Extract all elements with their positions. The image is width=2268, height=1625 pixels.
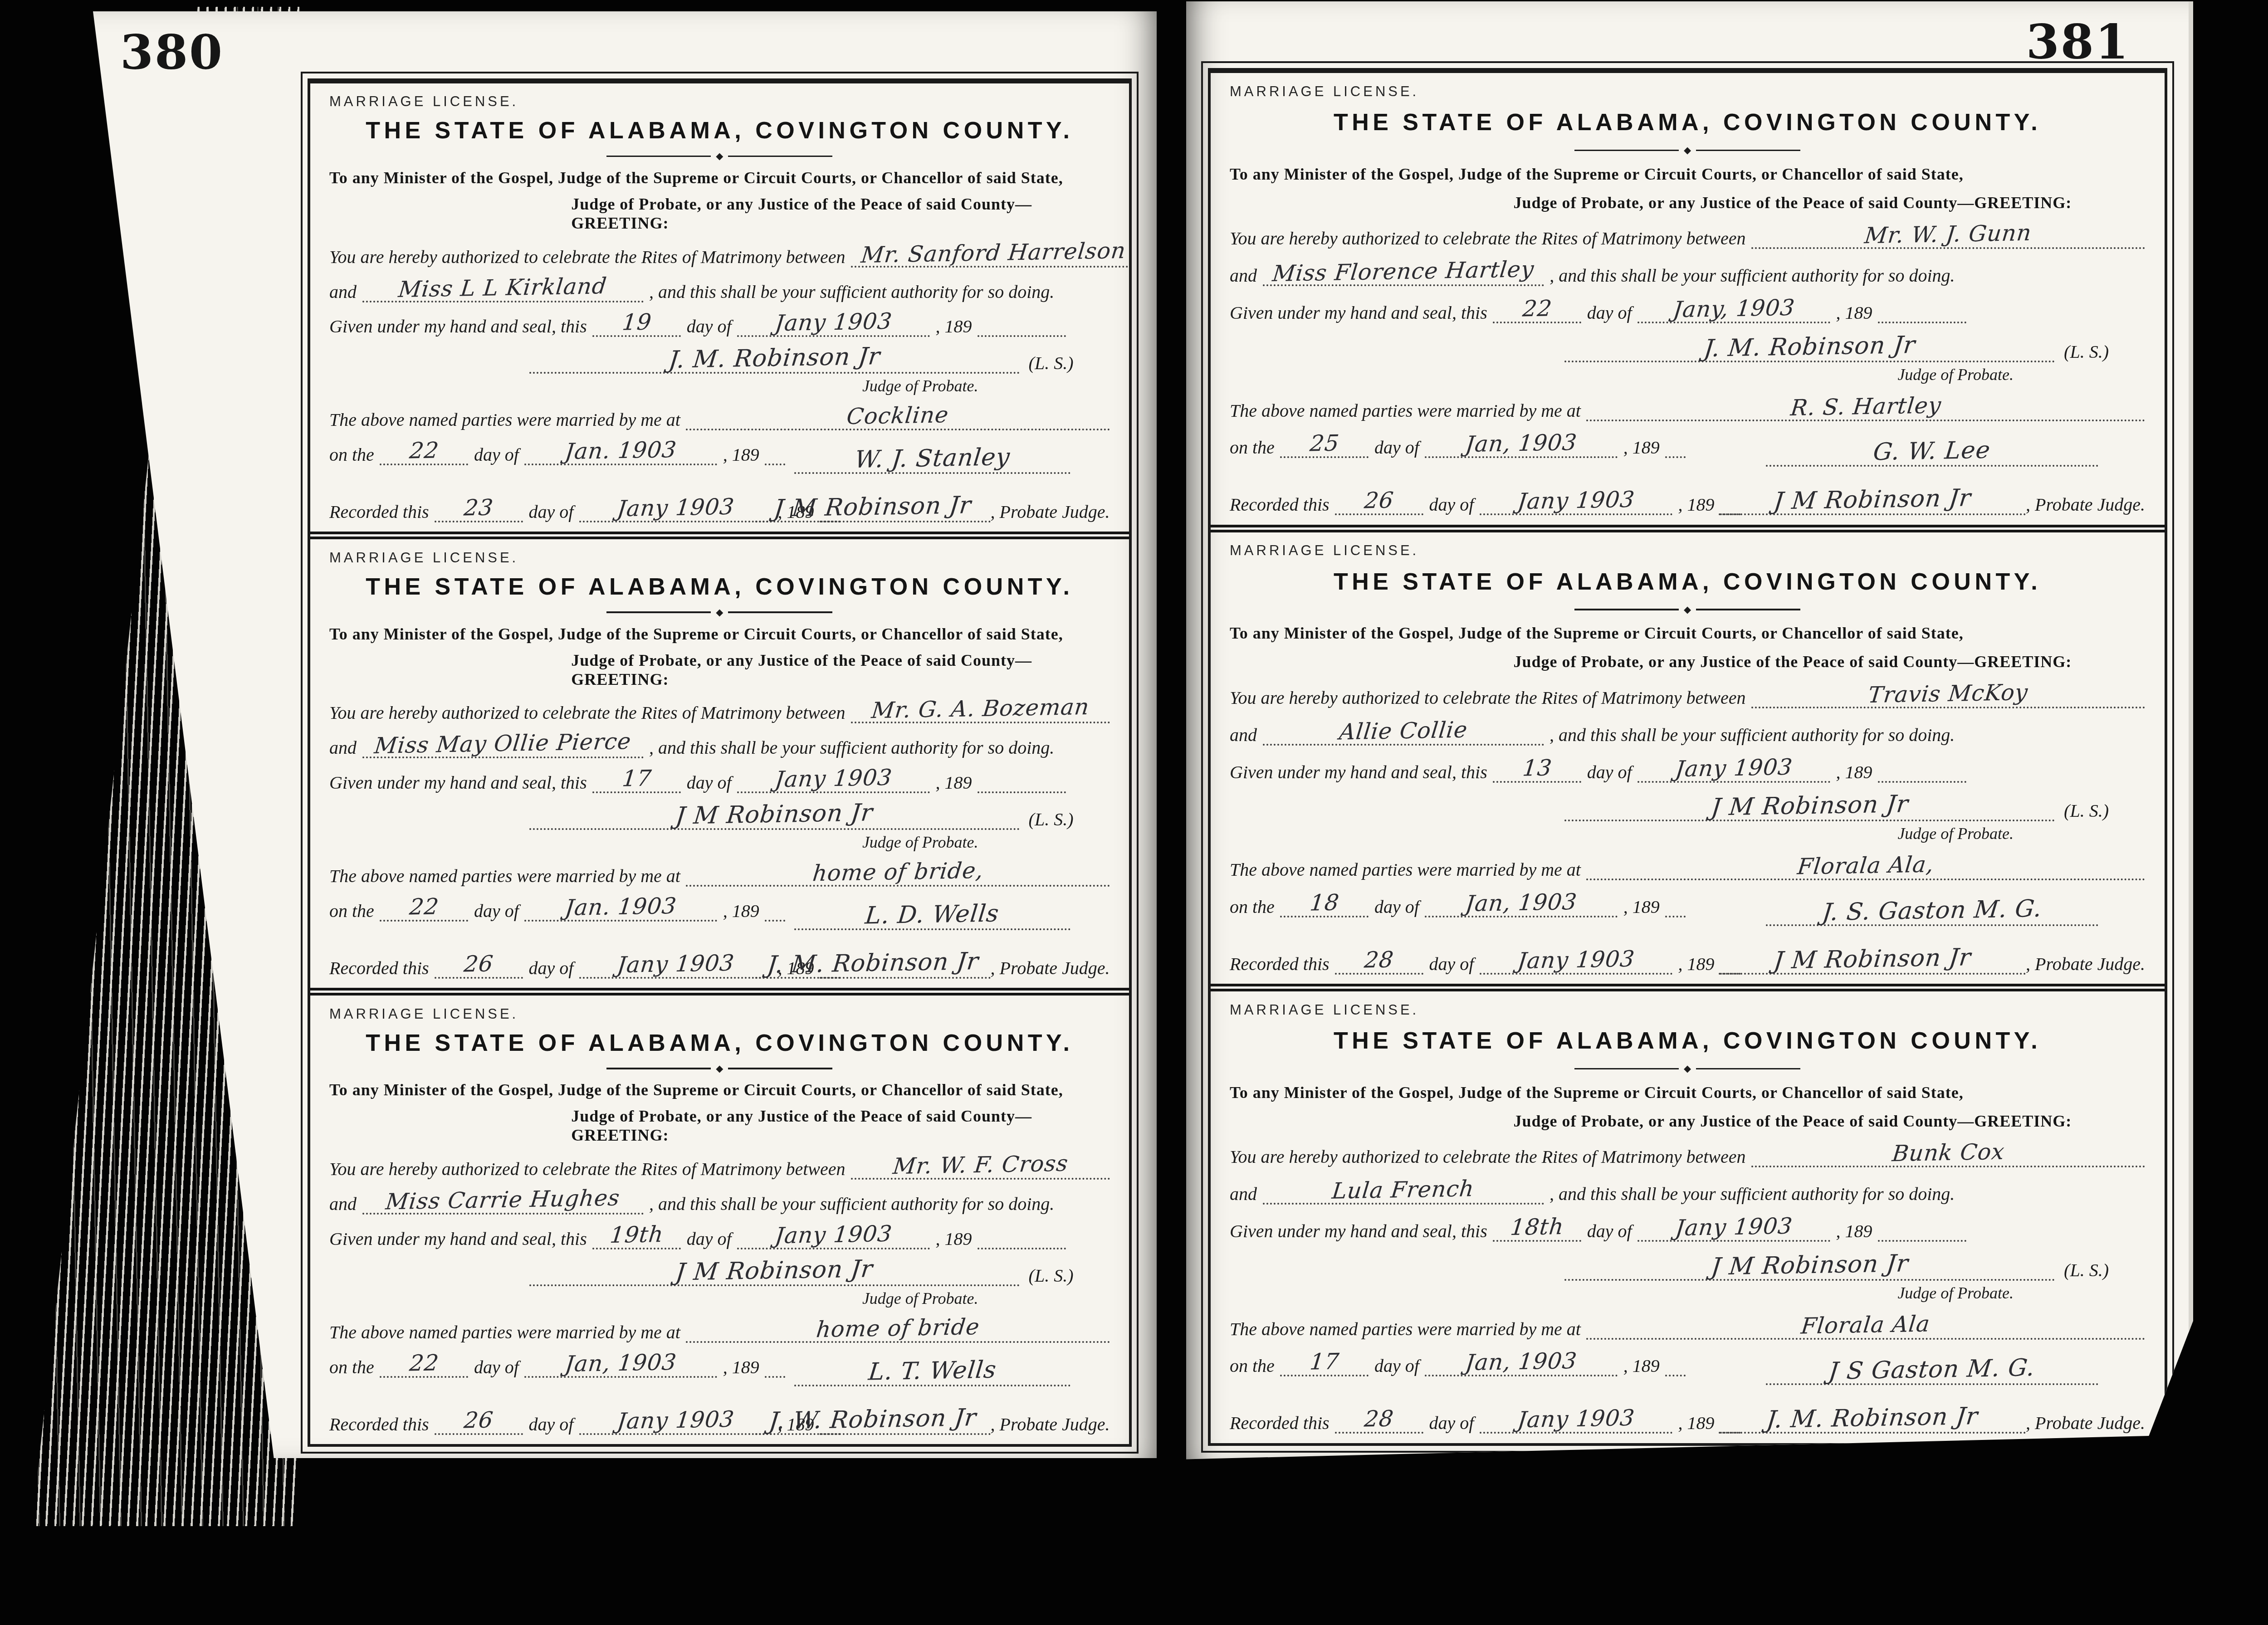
ornament-divider-icon: ◆ (1230, 146, 2145, 155)
minister-signature-line: J S Gaston M. G. (1766, 1356, 2098, 1385)
minister-signature-handwriting: L. T. Wells (867, 1356, 997, 1386)
authority-text: , and this shall be your sufficient auth… (1549, 724, 1955, 746)
given-day-handwriting: 17 (621, 766, 652, 792)
year-blank-line (1878, 1219, 1966, 1242)
married-at-row: The above named parties were married by … (329, 859, 1110, 887)
probate-judge-label: , Probate Judge. (991, 1414, 1110, 1435)
married-place-line: home of bride, (686, 859, 1110, 887)
marriage-license-form: MARRIAGE LICENSE. THE STATE OF ALABAMA, … (1211, 73, 2165, 525)
married-at-text: The above named parties were married by … (1230, 400, 1581, 421)
authorize-text: You are hereby authorized to celebrate t… (329, 702, 846, 723)
bride-name-handwriting: Miss May Ollie Pierce (373, 728, 633, 759)
married-month-handwriting: Jan. 1903 (564, 437, 678, 464)
year-stub-label: , 189 (936, 772, 972, 793)
day-of-label: day of (687, 1228, 732, 1249)
judge-signature-line: J. M. Robinson Jr (529, 344, 1020, 374)
address-line: To any Minister of the Gospel, Judge of … (329, 625, 1110, 644)
day-of-label: day of (474, 900, 519, 922)
recorded-day-line: 26 (435, 1407, 523, 1435)
day-of-label: day of (1587, 1220, 1632, 1242)
given-row: Given under my hand and seal, this 13 da… (1230, 755, 2145, 783)
ornament-line (1574, 609, 1679, 610)
authorize-row: You are hereby authorized to celebrate t… (329, 1152, 1110, 1180)
married-month-handwriting: Jan, 1903 (1464, 429, 1579, 457)
ornament-line (728, 1068, 832, 1069)
probate-signature-line: J M Robinson Jr (755, 493, 991, 522)
recorded-row: Recorded this 26 day of Jany 1903 , 189 (329, 1407, 696, 1435)
bottom-columns: on the 17 day of Jan, 1903 , 189 Recorde… (1230, 1349, 2145, 1434)
greeting-line: Judge of Probate, or any Justice of the … (1230, 652, 2145, 671)
given-row: Given under my hand and seal, this 19 da… (329, 309, 1110, 337)
groom-name-handwriting: Bunk Cox (1891, 1139, 2006, 1166)
recorded-text: Recorded this (329, 1414, 429, 1435)
bottom-columns: on the 22 day of Jan. 1903 , 189 Recorde… (329, 438, 1110, 522)
authorize-row: You are hereby authorized to celebrate t… (1230, 221, 2145, 249)
authorize-text: You are hereby authorized to celebrate t… (1230, 228, 1746, 249)
bottom-columns: on the 22 day of Jan. 1903 , 189 Recorde… (329, 894, 1110, 979)
married-date-row: on the 22 day of Jan. 1903 , 189 (329, 438, 696, 465)
bride-name-handwriting: Miss L L Kirkland (397, 273, 608, 303)
year-stub-label: , 189 (936, 316, 972, 337)
ls-seal-label: (L. S.) (2064, 800, 2109, 821)
minister-signature-line: G. W. Lee (1766, 437, 2098, 467)
probate-judge-label: , Probate Judge. (2026, 1412, 2145, 1434)
recorded-row: Recorded this 23 day of Jany 1903 , 189 (329, 495, 696, 522)
recorded-row: Recorded this 26 day of Jany 1903 , 189 (1230, 488, 1660, 515)
married-place-line: home of bride (686, 1315, 1110, 1343)
recorded-month-handwriting: Jany 1903 (1516, 946, 1636, 974)
probate-signature-row: J. W. Robinson Jr , Probate Judge. (755, 1405, 1110, 1435)
minister-signature-line: J. S. Gaston M. G. (1766, 897, 2098, 926)
given-row: Given under my hand and seal, this 22 da… (1230, 296, 2145, 323)
married-month-handwriting: Jan, 1903 (1464, 889, 1579, 917)
judge-signature-row: J M Robinson Jr (L. S.) (1564, 1251, 2109, 1281)
authorize-text: You are hereby authorized to celebrate t… (329, 246, 846, 268)
form-heading: THE STATE OF ALABAMA, COVINGTON COUNTY. (1230, 109, 2145, 136)
ornament-line (1696, 1068, 1800, 1070)
day-of-label: day of (1429, 1412, 1474, 1434)
year-blank-line (1878, 759, 1966, 783)
married-date-row: on the 22 day of Jan, 1903 , 189 (329, 1350, 696, 1378)
authorize-text: You are hereby authorized to celebrate t… (1230, 687, 1746, 708)
ls-seal-label: (L. S.) (1029, 809, 1074, 830)
ornament-line (1574, 1068, 1679, 1070)
minister-signature-handwriting: J. S. Gaston M. G. (1821, 895, 2043, 926)
ornament-divider-icon: ◆ (329, 1064, 1110, 1074)
recorded-month-handwriting: Jany 1903 (616, 950, 736, 978)
address-line: To any Minister of the Gospel, Judge of … (1230, 1083, 2145, 1102)
page-381-form-frame: MARRIAGE LICENSE. THE STATE OF ALABAMA, … (1208, 68, 2167, 1446)
day-of-label: day of (529, 1414, 574, 1435)
given-month-handwriting: Jany 1903 (774, 308, 894, 336)
judge-signature-handwriting: J. M. Robinson Jr (667, 342, 881, 374)
minister-signature-handwriting: J S Gaston M. G. (1828, 1354, 2037, 1386)
judge-signature-block: J. M. Robinson Jr (L. S.) Judge of Proba… (1230, 333, 2145, 384)
minister-signature-row: L. T. Wells (794, 1357, 1071, 1386)
married-month-line: Jan, 1903 (1425, 1349, 1618, 1376)
judge-signature-row: J. M. Robinson Jr (L. S.) (529, 344, 1074, 374)
ls-seal-label: (L. S.) (2064, 1259, 2109, 1281)
ornament-divider-icon: ◆ (329, 151, 1110, 161)
married-at-row: The above named parties were married by … (329, 1315, 1110, 1343)
groom-name-handwriting: Mr. W. F. Cross (891, 1151, 1069, 1180)
probate-signature-row: J M Robinson Jr , Probate Judge. (1719, 486, 2145, 515)
probate-signature-line: J M Robinson Jr (1719, 945, 2026, 975)
married-at-row: The above named parties were married by … (1230, 853, 2145, 880)
probate-signature-row: J. M. Robinson Jr , Probate Judge. (755, 949, 1110, 979)
day-of-label: day of (1429, 494, 1474, 515)
married-month-line: Jan, 1903 (1425, 890, 1618, 917)
ornament-divider-icon: ◆ (1230, 1064, 2145, 1074)
greeting-line: Judge of Probate, or any Justice of the … (1230, 1112, 2145, 1131)
married-at-text: The above named parties were married by … (1230, 859, 1581, 880)
form-type-label: MARRIAGE LICENSE. (329, 93, 1110, 110)
recorded-day-line: 28 (1335, 1406, 1423, 1434)
recorded-month-handwriting: Jany 1903 (616, 1406, 736, 1434)
recorded-text: Recorded this (329, 501, 429, 522)
address-line: To any Minister of the Gospel, Judge of … (1230, 624, 2145, 643)
probate-signature-line: J. W. Robinson Jr (755, 1405, 991, 1435)
ornament-line (606, 611, 711, 613)
judge-signature-block: J M Robinson Jr (L. S.) Judge of Probate… (1230, 792, 2145, 843)
minister-signature-row: G. W. Lee (1766, 437, 2098, 467)
probate-judge-label: , Probate Judge. (2026, 494, 2145, 515)
probate-signature-row: J. M. Robinson Jr , Probate Judge. (1719, 1404, 2145, 1434)
greeting-line: Judge of Probate, or any Justice of the … (329, 651, 1110, 689)
groom-name-handwriting: Travis McKoy (1867, 679, 2029, 708)
probate-signature-line: J. M. Robinson Jr (755, 949, 991, 979)
judge-signature-block: J M Robinson Jr (L. S.) Judge of Probate… (1230, 1251, 2145, 1303)
married-place-handwriting: home of bride (815, 1314, 981, 1342)
married-place-line: Florala Ala, (1586, 853, 2145, 880)
given-text: Given under my hand and seal, this (329, 316, 587, 337)
recorded-month-line: Jany 1903 (1480, 488, 1672, 515)
married-place-line: Florala Ala (1586, 1312, 2145, 1340)
diamond-icon: ◆ (716, 151, 723, 161)
married-day-handwriting: 25 (1309, 430, 1340, 457)
form-heading: THE STATE OF ALABAMA, COVINGTON COUNTY. (1230, 1027, 2145, 1054)
probate-judge-signature-handwriting: J M Robinson Jr (1772, 484, 1972, 516)
probate-signature-line: J M Robinson Jr (1719, 486, 2026, 515)
bottom-columns: on the 18 day of Jan, 1903 , 189 Recorde… (1230, 890, 2145, 975)
married-place-handwriting: R. S. Hartley (1789, 392, 1942, 421)
ornament-divider-icon: ◆ (1230, 605, 2145, 615)
judge-of-probate-label: Judge of Probate. (1564, 365, 2109, 384)
given-day-line: 22 (1493, 296, 1581, 323)
marriage-license-form: MARRIAGE LICENSE. THE STATE OF ALABAMA, … (1211, 984, 2165, 1443)
married-at-row: The above named parties were married by … (329, 403, 1110, 430)
given-day-line: 18th (1493, 1214, 1581, 1242)
married-place-line: R. S. Hartley (1586, 394, 2145, 421)
ornament-line (1574, 150, 1679, 151)
ornament-divider-icon: ◆ (329, 608, 1110, 617)
recorded-day-handwriting: 26 (1363, 488, 1395, 514)
and-label: and (1230, 724, 1257, 746)
married-at-row: The above named parties were married by … (1230, 1312, 2145, 1340)
given-month-handwriting: Jany, 1903 (1672, 295, 1796, 323)
groom-name-line: Travis McKoy (1751, 681, 2145, 708)
given-text: Given under my hand and seal, this (1230, 1220, 1487, 1242)
recorded-day-line: 26 (1335, 488, 1423, 515)
judge-signature-line: J M Robinson Jr (529, 800, 1020, 830)
recorded-month-handwriting: Jany 1903 (1516, 1405, 1636, 1433)
given-month-handwriting: Jany 1903 (774, 1221, 894, 1249)
probate-judge-label: , Probate Judge. (2026, 953, 2145, 975)
groom-name-handwriting: Mr. W. J. Gunn (1863, 220, 2033, 249)
groom-name-line: Mr. W. F. Cross (851, 1152, 1110, 1180)
judge-signature-line: J M Robinson Jr (1564, 1251, 2055, 1281)
groom-name-handwriting: Mr. G. A. Bozeman (870, 694, 1090, 723)
judge-signature-handwriting: J M Robinson Jr (675, 1255, 875, 1286)
recorded-month-handwriting: Jany 1903 (1516, 487, 1636, 514)
married-month-handwriting: Jan, 1903 (1464, 1348, 1579, 1376)
probate-signature-row: J M Robinson Jr , Probate Judge. (1719, 945, 2145, 975)
judge-signature-row: J M Robinson Jr (L. S.) (529, 1257, 1074, 1286)
married-day-line: 25 (1280, 430, 1369, 458)
judge-signature-block: J. M. Robinson Jr (L. S.) Judge of Proba… (329, 344, 1110, 395)
married-month-line: Jan, 1903 (1425, 430, 1618, 458)
diamond-icon: ◆ (716, 1064, 723, 1074)
day-of-label: day of (1587, 302, 1632, 323)
marriage-license-form: MARRIAGE LICENSE. THE STATE OF ALABAMA, … (310, 532, 1129, 988)
married-day-handwriting: 22 (408, 438, 440, 464)
married-at-text: The above named parties were married by … (329, 409, 680, 430)
given-row: Given under my hand and seal, this 19th … (329, 1222, 1110, 1249)
groom-name-line: Bunk Cox (1751, 1140, 2145, 1167)
recorded-row: Recorded this 26 day of Jany 1903 , 189 (329, 951, 696, 979)
judge-signature-handwriting: J M Robinson Jr (1710, 1249, 1910, 1281)
judge-signature-block: J M Robinson Jr (L. S.) Judge of Probate… (329, 800, 1110, 852)
married-month-line: Jan. 1903 (524, 894, 717, 922)
year-stub-label: , 189 (1836, 302, 1872, 323)
bride-row: and Miss Florence Hartley , and this sha… (1230, 259, 2145, 286)
and-label: and (1230, 1183, 1257, 1205)
recorded-day-handwriting: 26 (463, 1407, 494, 1433)
groom-name-line: Mr. W. J. Gunn (1751, 221, 2145, 249)
recorded-day-line: 23 (435, 495, 523, 522)
given-day-handwriting: 19th (609, 1221, 665, 1248)
day-of-label: day of (1374, 437, 1419, 458)
year-blank-line (978, 314, 1066, 337)
married-at-text: The above named parties were married by … (329, 865, 680, 887)
authority-text: , and this shall be your sufficient auth… (649, 281, 1054, 303)
married-date-row: on the 25 day of Jan, 1903 , 189 (1230, 430, 1660, 458)
judge-of-probate-label: Judge of Probate. (1564, 1283, 2109, 1303)
marriage-license-form: MARRIAGE LICENSE. THE STATE OF ALABAMA, … (310, 988, 1129, 1444)
form-type-label: MARRIAGE LICENSE. (1230, 542, 2145, 559)
authorize-text: You are hereby authorized to celebrate t… (1230, 1146, 1746, 1167)
given-day-handwriting: 13 (1521, 755, 1553, 781)
judge-signature-line: J. M. Robinson Jr (1564, 333, 2055, 362)
married-day-line: 18 (1280, 890, 1369, 917)
given-row: Given under my hand and seal, this 18th … (1230, 1214, 2145, 1242)
given-month-line: Jany 1903 (737, 1222, 930, 1249)
bride-name-line: Miss May Ollie Pierce (362, 731, 644, 758)
married-date-row: on the 17 day of Jan, 1903 , 189 (1230, 1349, 1660, 1376)
married-at-row: The above named parties were married by … (1230, 394, 2145, 421)
probate-signature-line: J. M. Robinson Jr (1719, 1404, 2026, 1434)
married-at-text: The above named parties were married by … (329, 1322, 680, 1343)
authorize-row: You are hereby authorized to celebrate t… (329, 696, 1110, 723)
minister-signature-handwriting: G. W. Lee (1872, 436, 1992, 466)
and-label: and (1230, 265, 1257, 286)
day-of-label: day of (1587, 761, 1632, 783)
greeting-line: Judge of Probate, or any Justice of the … (329, 1107, 1110, 1145)
given-month-handwriting: Jany 1903 (1674, 1213, 1794, 1241)
recorded-text: Recorded this (1230, 494, 1330, 515)
day-of-label: day of (687, 772, 732, 793)
page-number-right: 381 (2026, 14, 2130, 70)
probate-judge-label: , Probate Judge. (991, 501, 1110, 522)
form-heading: THE STATE OF ALABAMA, COVINGTON COUNTY. (329, 573, 1110, 600)
on-the-label: on the (1230, 1355, 1275, 1376)
married-at-text: The above named parties were married by … (1230, 1318, 1581, 1340)
probate-judge-signature-handwriting: J. M. Robinson Jr (1765, 1402, 1980, 1434)
page-380: 380 MARRIAGE LICENSE. THE STATE OF ALABA… (93, 11, 1157, 1458)
bottom-columns: on the 25 day of Jan, 1903 , 189 Recorde… (1230, 430, 2145, 515)
bride-row: and Miss L L Kirkland , and this shall b… (329, 275, 1110, 303)
bride-name-handwriting: Miss Florence Hartley (1271, 256, 1535, 287)
page-number-left: 380 (120, 24, 224, 80)
minister-signature-row: W. J. Stanley (794, 444, 1071, 474)
form-heading: THE STATE OF ALABAMA, COVINGTON COUNTY. (329, 1030, 1110, 1057)
judge-of-probate-label: Judge of Probate. (529, 376, 1074, 395)
greeting-line: Judge of Probate, or any Justice of the … (1230, 193, 2145, 212)
given-month-line: Jany 1903 (1637, 755, 1830, 783)
day-of-label: day of (1374, 896, 1419, 917)
authority-text: , and this shall be your sufficient auth… (649, 737, 1054, 758)
recorded-row: Recorded this 28 day of Jany 1903 , 189 (1230, 947, 1660, 975)
judge-signature-handwriting: J. M. Robinson Jr (1702, 331, 1916, 362)
form-type-label: MARRIAGE LICENSE. (329, 550, 1110, 566)
recorded-row: Recorded this 28 day of Jany 1903 , 189 (1230, 1406, 1660, 1434)
married-place-line: Cockline (686, 403, 1110, 430)
day-of-label: day of (1374, 1355, 1419, 1376)
judge-signature-handwriting: J M Robinson Jr (1710, 791, 1910, 822)
page-380-form-frame: MARRIAGE LICENSE. THE STATE OF ALABAMA, … (308, 78, 1132, 1447)
probate-judge-label: , Probate Judge. (991, 957, 1110, 979)
given-day-line: 13 (1493, 755, 1581, 783)
married-place-handwriting: Cockline (846, 402, 950, 429)
probate-signature-row: J M Robinson Jr , Probate Judge. (755, 493, 1110, 522)
groom-name-handwriting: Mr. Sanford Harrelson (860, 238, 1127, 268)
groom-name-line: Mr. G. A. Bozeman (851, 696, 1110, 723)
minister-signature-handwriting: L. D. Wells (864, 899, 1001, 929)
married-place-handwriting: home of bride, (811, 858, 984, 887)
and-label: and (329, 737, 357, 758)
recorded-text: Recorded this (1230, 1412, 1330, 1434)
authorize-text: You are hereby authorized to celebrate t… (329, 1158, 846, 1180)
authorize-row: You are hereby authorized to celebrate t… (329, 240, 1110, 268)
marriage-license-form: MARRIAGE LICENSE. THE STATE OF ALABAMA, … (1211, 525, 2165, 984)
year-stub-label: , 189 (1623, 1355, 1660, 1376)
year-blank-line (1878, 300, 1966, 324)
probate-judge-signature-handwriting: J M Robinson Jr (1772, 943, 1972, 975)
greeting-line: Judge of Probate, or any Justice of the … (329, 195, 1110, 233)
judge-of-probate-label: Judge of Probate. (529, 1289, 1074, 1308)
and-label: and (329, 1193, 357, 1215)
married-day-handwriting: 17 (1309, 1349, 1340, 1375)
register-book-scan: 380 MARRIAGE LICENSE. THE STATE OF ALABA… (0, 0, 2268, 1552)
bride-name-line: Allie Collie (1263, 718, 1544, 746)
given-text: Given under my hand and seal, this (329, 772, 587, 793)
page-381: 381 MARRIAGE LICENSE. THE STATE OF ALABA… (1186, 1, 2193, 1459)
married-month-line: Jan, 1903 (524, 1350, 717, 1378)
form-heading: THE STATE OF ALABAMA, COVINGTON COUNTY. (1230, 568, 2145, 595)
form-heading: THE STATE OF ALABAMA, COVINGTON COUNTY. (329, 117, 1110, 144)
recorded-month-line: Jany 1903 (1480, 947, 1672, 975)
given-text: Given under my hand and seal, this (1230, 302, 1487, 323)
minister-signature-line: W. J. Stanley (794, 444, 1071, 474)
recorded-month-handwriting: Jany 1903 (616, 494, 736, 522)
minister-signature-row: J. S. Gaston M. G. (1766, 897, 2098, 926)
probate-judge-signature-handwriting: J M Robinson Jr (773, 491, 973, 522)
year-stub-label: , 189 (1836, 1220, 1872, 1242)
recorded-day-line: 26 (435, 951, 523, 979)
on-the-label: on the (329, 900, 374, 922)
recorded-day-handwriting: 28 (1363, 947, 1395, 973)
ornament-line (1696, 609, 1800, 610)
married-day-handwriting: 22 (408, 893, 440, 920)
day-of-label: day of (529, 957, 574, 979)
address-line: To any Minister of the Gospel, Judge of … (1230, 165, 2145, 184)
on-the-label: on the (329, 444, 374, 465)
recorded-text: Recorded this (1230, 953, 1330, 975)
probate-judge-signature-handwriting: J. M. Robinson Jr (766, 947, 980, 979)
year-stub-label: , 189 (1623, 437, 1660, 458)
on-the-label: on the (1230, 896, 1275, 917)
given-month-line: Jany, 1903 (1637, 296, 1830, 323)
given-day-handwriting: 19 (621, 309, 652, 336)
judge-signature-block: J M Robinson Jr (L. S.) Judge of Probate… (329, 1257, 1110, 1308)
minister-signature-handwriting: W. J. Stanley (853, 443, 1011, 473)
married-day-line: 17 (1280, 1349, 1369, 1376)
recorded-text: Recorded this (329, 957, 429, 979)
married-day-line: 22 (380, 438, 468, 465)
bride-name-line: Miss Carrie Hughes (362, 1187, 644, 1215)
given-month-line: Jany 1903 (1637, 1214, 1830, 1242)
recorded-day-line: 28 (1335, 947, 1423, 975)
minister-signature-row: J S Gaston M. G. (1766, 1356, 2098, 1385)
marriage-license-form: MARRIAGE LICENSE. THE STATE OF ALABAMA, … (310, 83, 1129, 532)
ornament-line (728, 611, 832, 613)
minister-signature-line: L. T. Wells (794, 1357, 1071, 1386)
on-the-label: on the (329, 1357, 374, 1378)
ls-seal-label: (L. S.) (1029, 1265, 1074, 1286)
diamond-icon: ◆ (1684, 605, 1691, 615)
on-the-label: on the (1230, 437, 1275, 458)
bride-name-line: Miss L L Kirkland (362, 275, 644, 303)
form-type-label: MARRIAGE LICENSE. (1230, 83, 2145, 100)
form-type-label: MARRIAGE LICENSE. (1230, 1002, 2145, 1018)
diamond-icon: ◆ (1684, 1064, 1691, 1074)
ornament-line (728, 156, 832, 157)
ornament-line (606, 156, 711, 157)
year-stub-label: , 189 (1836, 761, 1872, 783)
day-of-label: day of (687, 316, 732, 337)
address-line: To any Minister of the Gospel, Judge of … (329, 168, 1110, 187)
married-date-row: on the 18 day of Jan, 1903 , 189 (1230, 890, 1660, 917)
day-of-label: day of (1429, 953, 1474, 975)
bride-name-handwriting: Miss Carrie Hughes (385, 1185, 621, 1215)
groom-name-line: Mr. Sanford Harrelson (851, 240, 1129, 268)
ornament-line (606, 1068, 711, 1069)
ls-seal-label: (L. S.) (1029, 352, 1074, 374)
day-of-label: day of (474, 1357, 519, 1378)
given-row: Given under my hand and seal, this 17 da… (329, 766, 1110, 793)
married-date-row: on the 22 day of Jan. 1903 , 189 (329, 894, 696, 922)
bride-row: and Lula French , and this shall be your… (1230, 1177, 2145, 1205)
